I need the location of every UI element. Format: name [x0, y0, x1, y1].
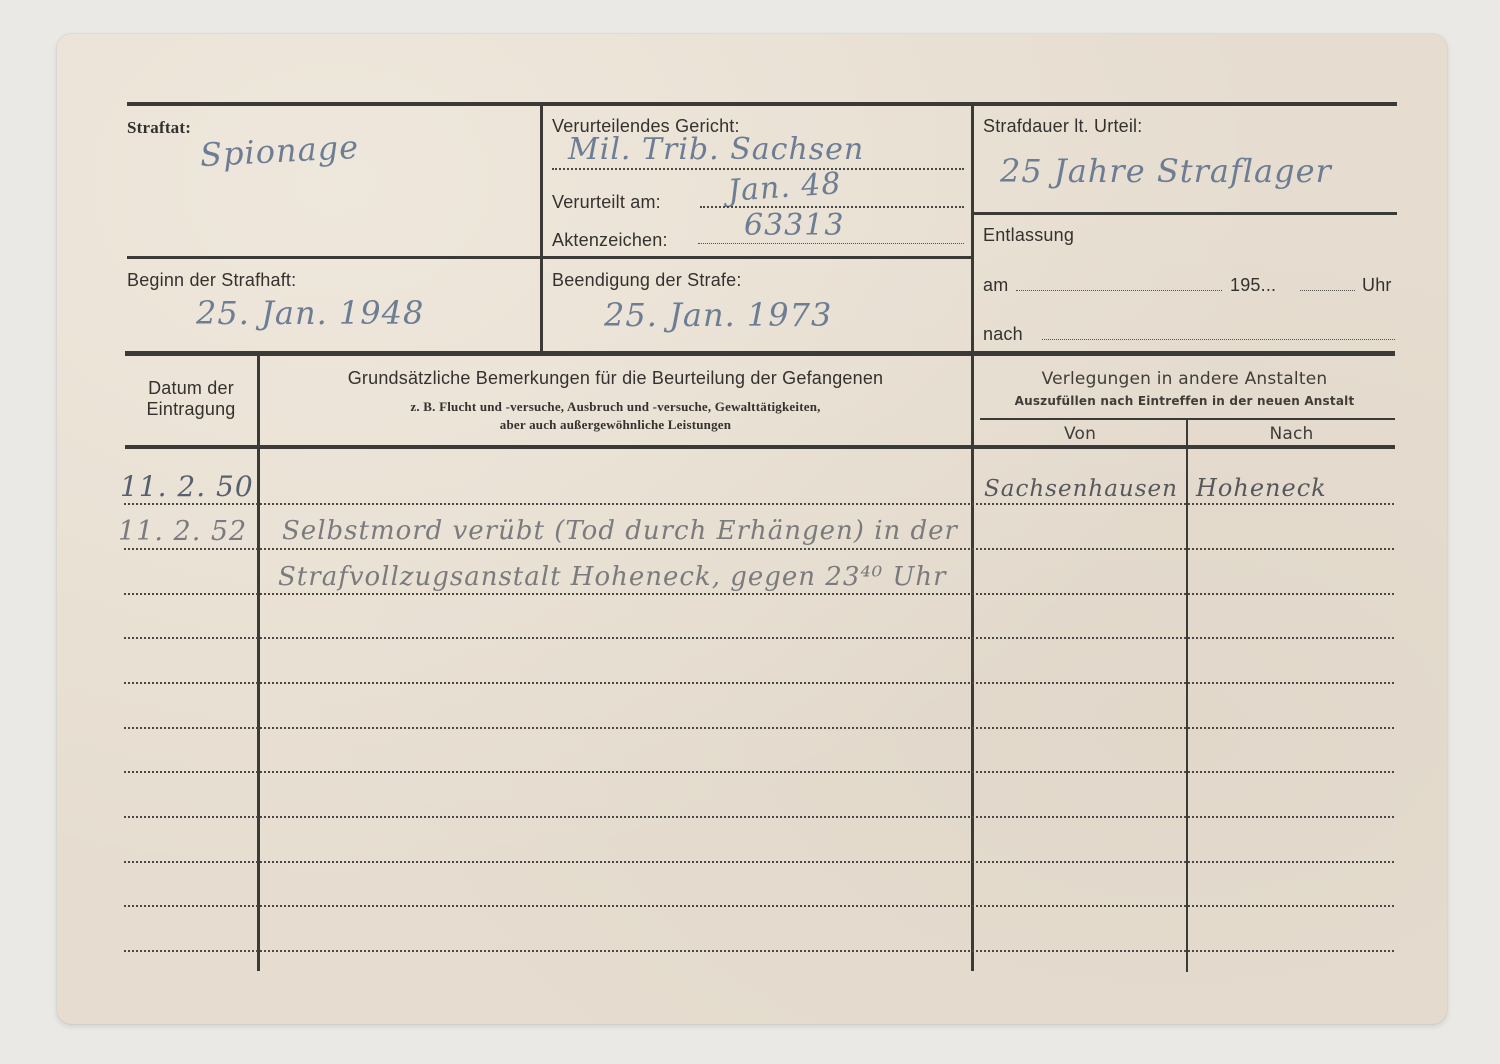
remarks-header-title: Grundsätzliche Bemerkungen für die Beurt…: [260, 368, 971, 389]
strafdauer-label: Strafdauer lt. Urteil:: [983, 116, 1142, 137]
row-rule: [124, 861, 1394, 863]
transfers-header-subtitle: Auszufüllen nach Eintreffen in der neuen…: [974, 394, 1395, 408]
row-rule: [124, 771, 1394, 773]
akten-dotted-line: [698, 243, 964, 244]
row-2-date: 11. 2. 52: [118, 516, 247, 547]
remarks-header-subtitle-1: z. B. Flucht und -versuche, Ausbruch und…: [260, 399, 971, 415]
date-column-header: Datum der Eintragung: [127, 378, 255, 420]
row-rule: [124, 816, 1394, 818]
entlassung-am-label: am: [983, 275, 1008, 296]
mid-rule-left: [127, 256, 973, 259]
transfer-subheader-rule: [980, 418, 1395, 420]
strafdauer-value: 25 Jahre Straflager: [1000, 152, 1332, 190]
row-1-date: 11. 2. 50: [120, 470, 254, 503]
beendigung-value: 25. Jan. 1973: [604, 296, 832, 334]
row-3-remark: Strafvollzugsanstalt Hoheneck, gegen 23⁴…: [278, 562, 947, 592]
straftat-label: Straftat:: [127, 118, 191, 138]
entlassung-am-dotted-line: [1016, 290, 1222, 291]
beendigung-label: Beendigung der Strafe:: [552, 270, 742, 291]
beginn-label: Beginn der Strafhaft:: [127, 270, 296, 291]
entlassung-nach-label: nach: [983, 324, 1023, 345]
verurteilt-label: Verurteilt am:: [552, 192, 661, 213]
row-rule: [124, 682, 1394, 684]
akten-label: Aktenzeichen:: [552, 230, 668, 251]
entlassung-label: Entlassung: [983, 225, 1074, 246]
beginn-value: 25. Jan. 1948: [196, 294, 424, 332]
date-header-line-1: Datum der: [127, 378, 255, 399]
row-rule: [124, 503, 1394, 505]
row-1-nach: Hoheneck: [1196, 474, 1327, 502]
date-header-line-2: Eintragung: [127, 399, 255, 420]
row-rule: [124, 727, 1394, 729]
header-bottom-rule: [125, 351, 1395, 356]
row-rule: [124, 593, 1394, 595]
entlassung-uhr-label: Uhr: [1362, 275, 1392, 296]
top-rule: [127, 102, 1397, 106]
divider-2: [971, 106, 974, 351]
row-2-remark: Selbstmord verübt (Tod durch Erhängen) i…: [282, 516, 958, 546]
von-header: Von: [974, 424, 1186, 444]
row-rule: [124, 637, 1394, 639]
row-rule: [124, 548, 1394, 550]
nach-header: Nach: [1188, 424, 1395, 444]
row-1-von: Sachsenhausen: [984, 476, 1178, 502]
entlassung-time-dotted-line: [1300, 290, 1355, 291]
gericht-value: Mil. Trib. Sachsen: [568, 132, 864, 167]
remarks-header-subtitle-2: aber auch außergewöhnliche Leistungen: [260, 417, 971, 433]
gericht-dotted-line: [552, 168, 964, 170]
strafdauer-rule: [973, 212, 1397, 215]
entlassung-year-label: 195...: [1230, 275, 1276, 296]
row-rule: [124, 905, 1394, 907]
entlassung-nach-dotted-line: [1042, 339, 1395, 340]
transfers-header-title: Verlegungen in andere Anstalten: [974, 369, 1395, 389]
divider-1: [540, 106, 543, 351]
table-header-bottom-rule: [125, 445, 1395, 449]
akten-value: 63313: [744, 208, 844, 243]
row-rule: [124, 950, 1394, 952]
